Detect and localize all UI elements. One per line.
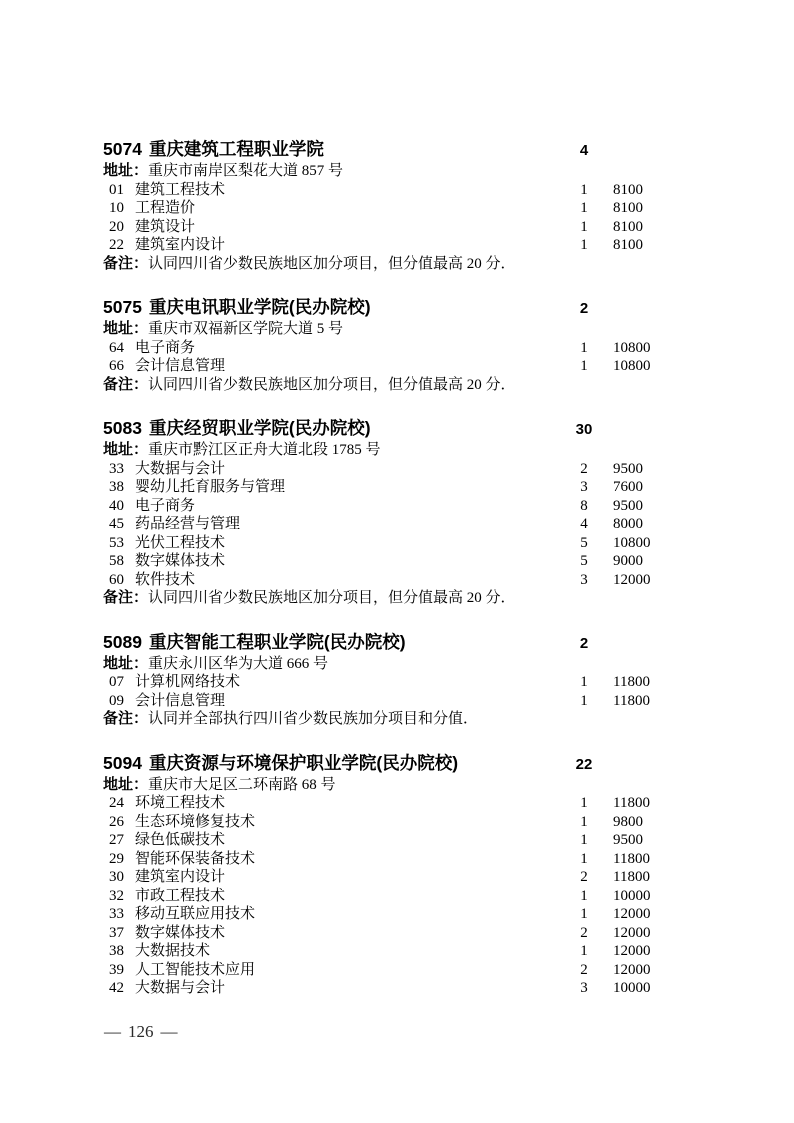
school-title: 5074重庆建筑工程职业学院: [103, 138, 567, 161]
majors: 07 计算机网络技术 1 11800 09 会计信息管理 1 11800: [103, 673, 658, 710]
major-fee: 9800: [613, 813, 658, 832]
major-fee: 8100: [613, 181, 658, 200]
major-row: 07 计算机网络技术 1 11800: [103, 673, 658, 692]
school-heading: 5075重庆电讯职业学院(民办院校) 2: [103, 296, 658, 320]
school-name: 重庆智能工程职业学院(民办院校): [149, 632, 406, 652]
major-code: 37: [103, 924, 135, 943]
major-code: 27: [103, 831, 135, 850]
major-fee: 7600: [613, 478, 658, 497]
major-name: 人工智能技术应用: [135, 961, 567, 980]
major-name: 建筑室内设计: [135, 236, 567, 255]
major-fee: 9000: [613, 552, 658, 571]
major-code: 26: [103, 813, 135, 832]
school-name: 重庆电讯职业学院(民办院校): [149, 297, 371, 317]
note-line: 备注：认同并全部执行四川省少数民族加分项目和分值．: [103, 710, 658, 729]
major-name: 数字媒体技术: [135, 552, 567, 571]
school-section: 5075重庆电讯职业学院(民办院校) 2 地址：重庆市双福新区学院大道 5 号 …: [103, 296, 658, 394]
major-row: 22 建筑室内设计 1 8100: [103, 236, 658, 255]
address-line: 地址：重庆市黔江区正舟大道北段 1785 号: [103, 441, 658, 460]
major-code: 30: [103, 868, 135, 887]
major-row: 37 数字媒体技术 2 12000: [103, 924, 658, 943]
major-row: 39 人工智能技术应用 2 12000: [103, 961, 658, 980]
page-number: 126: [128, 1022, 154, 1041]
school-title: 5094重庆资源与环境保护职业学院(民办院校): [103, 752, 567, 775]
address-value: 重庆市南岸区梨花大道 857 号: [148, 163, 343, 179]
major-fee: 10800: [613, 339, 658, 358]
major-row: 38 婴幼儿托育服务与管理 3 7600: [103, 478, 658, 497]
school-section: 5083重庆经贸职业学院(民办院校) 30 地址：重庆市黔江区正舟大道北段 17…: [103, 417, 658, 608]
major-fee: 8000: [613, 515, 658, 534]
note-value: 认同四川省少数民族地区加分项目，但分值最高 20 分．: [148, 590, 516, 606]
major-code: 09: [103, 692, 135, 711]
address-value: 重庆永川区华为大道 666 号: [148, 656, 328, 672]
address-line: 地址：重庆市双福新区学院大道 5 号: [103, 320, 658, 339]
note-label: 备注：: [103, 256, 148, 272]
major-row: 01 建筑工程技术 1 8100: [103, 181, 658, 200]
major-name: 建筑设计: [135, 218, 567, 237]
major-fee: 9500: [613, 497, 658, 516]
major-name: 会计信息管理: [135, 357, 567, 376]
address-label: 地址：: [103, 321, 148, 337]
major-code: 45: [103, 515, 135, 534]
major-name: 电子商务: [135, 339, 567, 358]
majors: 64 电子商务 1 10800 66 会计信息管理 1 10800: [103, 339, 658, 376]
major-code: 38: [103, 942, 135, 961]
major-name: 环境工程技术: [135, 794, 567, 813]
note-label: 备注：: [103, 590, 148, 606]
major-count: 1: [567, 887, 601, 906]
address-label: 地址：: [103, 656, 148, 672]
major-code: 38: [103, 478, 135, 497]
address-value: 重庆市双福新区学院大道 5 号: [148, 321, 343, 337]
school-code: 5089: [103, 632, 142, 652]
plan-count: 30: [567, 418, 601, 441]
major-count: 1: [567, 181, 601, 200]
major-row: 27 绿色低碳技术 1 9500: [103, 831, 658, 850]
address-value: 重庆市黔江区正舟大道北段 1785 号: [148, 442, 381, 458]
plan-count: 4: [567, 139, 601, 162]
major-code: 60: [103, 571, 135, 590]
address-value: 重庆市大足区二环南路 68 号: [148, 777, 336, 793]
major-count: 2: [567, 460, 601, 479]
major-count: 3: [567, 478, 601, 497]
major-count: 8: [567, 497, 601, 516]
major-name: 生态环境修复技术: [135, 813, 567, 832]
school-section: 5089重庆智能工程职业学院(民办院校) 2 地址：重庆永川区华为大道 666 …: [103, 631, 658, 729]
major-fee: 10000: [613, 979, 658, 998]
major-count: 1: [567, 794, 601, 813]
major-fee: 9500: [613, 831, 658, 850]
address-line: 地址：重庆市大足区二环南路 68 号: [103, 776, 658, 795]
page-footer: —126—: [104, 1022, 178, 1042]
major-code: 22: [103, 236, 135, 255]
school-code: 5075: [103, 297, 142, 317]
major-name: 药品经营与管理: [135, 515, 567, 534]
major-name: 数字媒体技术: [135, 924, 567, 943]
address-line: 地址：重庆市南岸区梨花大道 857 号: [103, 162, 658, 181]
school-name: 重庆资源与环境保护职业学院(民办院校): [149, 753, 458, 773]
major-fee: 10800: [613, 534, 658, 553]
major-name: 婴幼儿托育服务与管理: [135, 478, 567, 497]
school-heading: 5094重庆资源与环境保护职业学院(民办院校) 22: [103, 752, 658, 776]
major-row: 32 市政工程技术 1 10000: [103, 887, 658, 906]
major-row: 66 会计信息管理 1 10800: [103, 357, 658, 376]
plan-count: 2: [567, 297, 601, 320]
major-code: 33: [103, 905, 135, 924]
major-row: 30 建筑室内设计 2 11800: [103, 868, 658, 887]
major-fee: 11800: [613, 794, 658, 813]
note-value: 认同四川省少数民族地区加分项目，但分值最高 20 分．: [148, 256, 516, 272]
major-row: 20 建筑设计 1 8100: [103, 218, 658, 237]
address-label: 地址：: [103, 442, 148, 458]
major-code: 33: [103, 460, 135, 479]
major-code: 58: [103, 552, 135, 571]
note-label: 备注：: [103, 711, 148, 727]
major-count: 1: [567, 942, 601, 961]
major-count: 1: [567, 813, 601, 832]
majors: 01 建筑工程技术 1 8100 10 工程造价 1 8100 20 建筑设计 …: [103, 181, 658, 255]
major-count: 2: [567, 924, 601, 943]
major-count: 2: [567, 868, 601, 887]
major-fee: 10800: [613, 357, 658, 376]
major-row: 33 大数据与会计 2 9500: [103, 460, 658, 479]
major-fee: 8100: [613, 218, 658, 237]
school-title: 5075重庆电讯职业学院(民办院校): [103, 296, 567, 319]
note-value: 认同并全部执行四川省少数民族加分项目和分值．: [148, 711, 478, 727]
major-fee: 12000: [613, 942, 658, 961]
majors: 33 大数据与会计 2 9500 38 婴幼儿托育服务与管理 3 7600 40…: [103, 460, 658, 590]
major-fee: 11800: [613, 850, 658, 869]
major-code: 32: [103, 887, 135, 906]
document-page: 5074重庆建筑工程职业学院 4 地址：重庆市南岸区梨花大道 857 号 01 …: [0, 0, 794, 1123]
major-fee: 10000: [613, 887, 658, 906]
sections-root: 5074重庆建筑工程职业学院 4 地址：重庆市南岸区梨花大道 857 号 01 …: [103, 138, 658, 1021]
major-row: 60 软件技术 3 12000: [103, 571, 658, 590]
address-line: 地址：重庆永川区华为大道 666 号: [103, 655, 658, 674]
major-name: 大数据与会计: [135, 460, 567, 479]
note-label: 备注：: [103, 377, 148, 393]
major-row: 64 电子商务 1 10800: [103, 339, 658, 358]
major-count: 1: [567, 199, 601, 218]
major-code: 10: [103, 199, 135, 218]
major-count: 1: [567, 236, 601, 255]
major-name: 大数据技术: [135, 942, 567, 961]
major-row: 29 智能环保装备技术 1 11800: [103, 850, 658, 869]
school-name: 重庆建筑工程职业学院: [149, 139, 324, 159]
major-fee: 8100: [613, 236, 658, 255]
major-count: 3: [567, 571, 601, 590]
major-fee: 9500: [613, 460, 658, 479]
major-name: 光伏工程技术: [135, 534, 567, 553]
major-name: 软件技术: [135, 571, 567, 590]
major-code: 07: [103, 673, 135, 692]
school-code: 5094: [103, 753, 142, 773]
plan-count: 22: [567, 753, 601, 776]
major-code: 01: [103, 181, 135, 200]
major-fee: 11800: [613, 673, 658, 692]
school-heading: 5089重庆智能工程职业学院(民办院校) 2: [103, 631, 658, 655]
major-row: 45 药品经营与管理 4 8000: [103, 515, 658, 534]
major-name: 绿色低碳技术: [135, 831, 567, 850]
major-row: 24 环境工程技术 1 11800: [103, 794, 658, 813]
major-fee: 8100: [613, 199, 658, 218]
major-code: 53: [103, 534, 135, 553]
major-row: 58 数字媒体技术 5 9000: [103, 552, 658, 571]
major-count: 1: [567, 905, 601, 924]
major-fee: 12000: [613, 571, 658, 590]
major-fee: 12000: [613, 961, 658, 980]
major-count: 1: [567, 692, 601, 711]
major-code: 64: [103, 339, 135, 358]
major-row: 38 大数据技术 1 12000: [103, 942, 658, 961]
school-heading: 5083重庆经贸职业学院(民办院校) 30: [103, 417, 658, 441]
major-code: 66: [103, 357, 135, 376]
plan-count: 2: [567, 632, 601, 655]
major-name: 大数据与会计: [135, 979, 567, 998]
major-name: 智能环保装备技术: [135, 850, 567, 869]
major-row: 09 会计信息管理 1 11800: [103, 692, 658, 711]
major-name: 电子商务: [135, 497, 567, 516]
major-code: 40: [103, 497, 135, 516]
major-count: 1: [567, 339, 601, 358]
major-row: 26 生态环境修复技术 1 9800: [103, 813, 658, 832]
note-line: 备注：认同四川省少数民族地区加分项目，但分值最高 20 分．: [103, 376, 658, 395]
major-fee: 11800: [613, 868, 658, 887]
major-name: 工程造价: [135, 199, 567, 218]
school-code: 5083: [103, 418, 142, 438]
major-count: 1: [567, 831, 601, 850]
school-code: 5074: [103, 139, 142, 159]
note-line: 备注：认同四川省少数民族地区加分项目，但分值最高 20 分．: [103, 589, 658, 608]
major-count: 1: [567, 850, 601, 869]
major-name: 建筑室内设计: [135, 868, 567, 887]
major-name: 建筑工程技术: [135, 181, 567, 200]
major-fee: 12000: [613, 905, 658, 924]
major-count: 5: [567, 534, 601, 553]
major-name: 计算机网络技术: [135, 673, 567, 692]
major-count: 1: [567, 218, 601, 237]
major-code: 39: [103, 961, 135, 980]
major-row: 10 工程造价 1 8100: [103, 199, 658, 218]
address-label: 地址：: [103, 777, 148, 793]
major-name: 会计信息管理: [135, 692, 567, 711]
major-name: 移动互联应用技术: [135, 905, 567, 924]
major-code: 29: [103, 850, 135, 869]
school-name: 重庆经贸职业学院(民办院校): [149, 418, 371, 438]
majors: 24 环境工程技术 1 11800 26 生态环境修复技术 1 9800 27 …: [103, 794, 658, 998]
major-code: 20: [103, 218, 135, 237]
note-value: 认同四川省少数民族地区加分项目，但分值最高 20 分．: [148, 377, 516, 393]
major-row: 42 大数据与会计 3 10000: [103, 979, 658, 998]
school-title: 5083重庆经贸职业学院(民办院校): [103, 417, 567, 440]
address-label: 地址：: [103, 163, 148, 179]
major-count: 1: [567, 673, 601, 692]
major-row: 40 电子商务 8 9500: [103, 497, 658, 516]
major-row: 33 移动互联应用技术 1 12000: [103, 905, 658, 924]
major-count: 3: [567, 979, 601, 998]
major-row: 53 光伏工程技术 5 10800: [103, 534, 658, 553]
school-section: 5074重庆建筑工程职业学院 4 地址：重庆市南岸区梨花大道 857 号 01 …: [103, 138, 658, 273]
major-count: 2: [567, 961, 601, 980]
major-code: 42: [103, 979, 135, 998]
major-count: 1: [567, 357, 601, 376]
major-count: 4: [567, 515, 601, 534]
major-fee: 12000: [613, 924, 658, 943]
major-count: 5: [567, 552, 601, 571]
major-name: 市政工程技术: [135, 887, 567, 906]
footer-dash-left: —: [104, 1022, 121, 1041]
note-line: 备注：认同四川省少数民族地区加分项目，但分值最高 20 分．: [103, 255, 658, 274]
school-title: 5089重庆智能工程职业学院(民办院校): [103, 631, 567, 654]
footer-dash-right: —: [161, 1022, 178, 1041]
major-fee: 11800: [613, 692, 658, 711]
school-heading: 5074重庆建筑工程职业学院 4: [103, 138, 658, 162]
major-code: 24: [103, 794, 135, 813]
school-section: 5094重庆资源与环境保护职业学院(民办院校) 22 地址：重庆市大足区二环南路…: [103, 752, 658, 998]
